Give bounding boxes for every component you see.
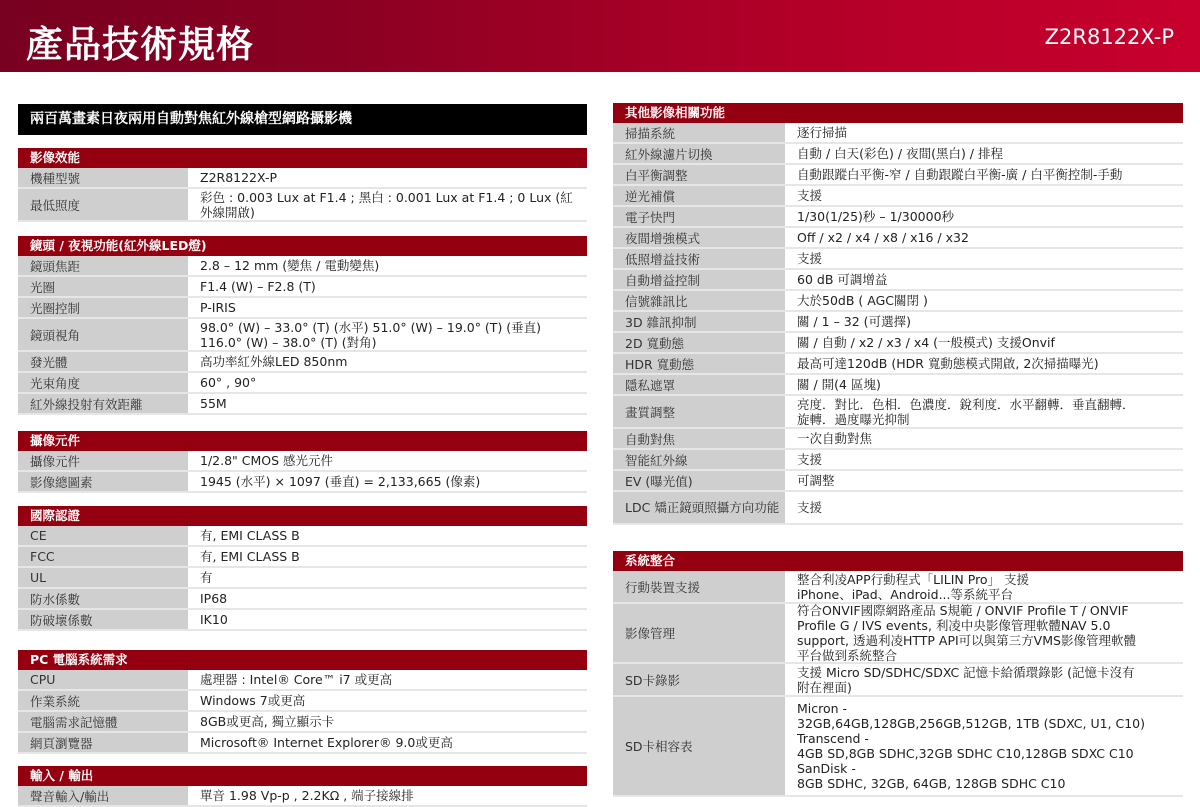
spec-value: 逐行掃描: [787, 123, 1183, 142]
spec-label: UL: [18, 568, 190, 587]
spec-value: 最高可達120dB (HDR 寬動態模式開啟, 2次掃描曝光): [787, 354, 1183, 373]
spec-label: 自動增益控制: [613, 270, 787, 289]
spec-value: 支援 Micro SD/SDHC/SDXC 記憶卡給循環錄影 (記憶卡沒有 附在…: [787, 664, 1183, 695]
spec-value: 大於50dB ( AGC關閉 ): [787, 291, 1183, 310]
spec-row: 信號雜訊比大於50dB ( AGC關閉 ): [613, 291, 1183, 312]
spec-value: 支援: [787, 249, 1183, 268]
spec-label: 影像總圖素: [18, 472, 190, 491]
spec-row: SD卡錄影支援 Micro SD/SDHC/SDXC 記憶卡給循環錄影 (記憶卡…: [613, 664, 1183, 697]
spec-label: SD卡相容表: [613, 697, 787, 795]
spec-label: 紅外線投射有效距離: [18, 394, 190, 413]
spec-row: 光圈控制P-IRIS: [18, 298, 587, 319]
spec-label: 信號雜訊比: [613, 291, 787, 310]
spec-row: 逆光補償支援: [613, 186, 1183, 207]
spec-label: 防水係數: [18, 589, 190, 608]
section-pc-requirements: PC 電腦系統需求 CPU處理器 : Intel® Core™ i7 或更高 作…: [18, 650, 587, 754]
spec-label: 3D 雜訊抑制: [613, 312, 787, 331]
product-title: 兩百萬畫素日夜兩用自動對焦紅外線槍型網路攝影機: [18, 104, 587, 135]
section-certifications: 國際認證 CE有, EMI CLASS B FCC有, EMI CLASS B …: [18, 506, 587, 631]
spec-label: 白平衡調整: [613, 165, 787, 184]
spec-row: 鏡頭焦距2.8 – 12 mm (變焦 / 電動變焦): [18, 256, 587, 277]
spec-row: 網頁瀏覽器Microsoft® Internet Explorer® 9.0或更…: [18, 733, 587, 754]
spec-row: 夜間增強模式Off / x2 / x4 / x8 / x16 / x32: [613, 228, 1183, 249]
section-system-integration: 系統整合 行動裝置支援整合利凌APP行動程式「LILIN Pro」 支援 iPh…: [613, 551, 1183, 797]
spec-label: 電子快門: [613, 207, 787, 226]
section-header: 其他影像相關功能: [613, 103, 1183, 123]
spec-row: 鏡頭視角98.0° (W) – 33.0° (T) (水平) 51.0° (W)…: [18, 319, 587, 352]
spec-row: FCC有, EMI CLASS B: [18, 547, 587, 568]
spec-value: F1.4 (W) – F2.8 (T): [190, 277, 587, 296]
spec-row: 紅外線投射有效距離55M: [18, 394, 587, 415]
spec-row: EV (曝光值)可調整: [613, 471, 1183, 492]
spec-label: 防破壞係數: [18, 610, 190, 629]
spec-value: 8GB或更高, 獨立顯示卡: [190, 712, 587, 731]
spec-value: 自動 / 白天(彩色) / 夜間(黑白) / 排程: [787, 144, 1183, 163]
spec-value: Windows 7或更高: [190, 691, 587, 710]
spec-value: 高功率紅外線LED 850nm: [190, 352, 587, 371]
spec-value: 有, EMI CLASS B: [190, 526, 587, 545]
section-header: 國際認證: [18, 506, 587, 526]
spec-row: 聲音輸入/輸出單音 1.98 Vp-p , 2.2KΩ , 端子接線排: [18, 786, 587, 807]
spec-label: FCC: [18, 547, 190, 566]
spec-row: 掃描系統逐行掃描: [613, 123, 1183, 144]
spec-value: 亮度．對比．色相．色濃度．銳利度．水平翻轉．垂直翻轉． 旋轉．過度曝光抑制: [787, 396, 1183, 427]
spec-label: SD卡錄影: [613, 664, 787, 695]
spec-row: 智能紅外線支援: [613, 450, 1183, 471]
spec-value: Z2R8122X-P: [190, 168, 587, 187]
spec-row: 影像管理符合ONVIF國際網路產品 S規範 / ONVIF Profile T …: [613, 604, 1183, 664]
spec-row: 發光體高功率紅外線LED 850nm: [18, 352, 587, 373]
spec-label: 2D 寬動態: [613, 333, 787, 352]
spec-label: 攝像元件: [18, 451, 190, 470]
section-header: PC 電腦系統需求: [18, 650, 587, 670]
spec-row: 電子快門1/30(1/25)秒 – 1/30000秒: [613, 207, 1183, 228]
spec-value: 彩色 : 0.003 Lux at F1.4 ; 黑白 : 0.001 Lux …: [190, 189, 587, 220]
spec-row: LDC 矯正鏡頭照攝方向功能支援: [613, 492, 1183, 525]
spec-row: 自動對焦一次自動對焦: [613, 429, 1183, 450]
spec-value: 支援: [787, 450, 1183, 469]
spec-row: 隱私遮罩關 / 開(4 區塊): [613, 375, 1183, 396]
spec-row: HDR 寬動態最高可達120dB (HDR 寬動態模式開啟, 2次掃描曝光): [613, 354, 1183, 375]
spec-label: 逆光補償: [613, 186, 787, 205]
spec-label: 夜間增強模式: [613, 228, 787, 247]
spec-row: 自動增益控制60 dB 可調增益: [613, 270, 1183, 291]
spec-value: 可調整: [787, 471, 1183, 490]
header-banner: 產品技術規格 Z2R8122X-P: [0, 0, 1200, 72]
section-header: 影像效能: [18, 148, 587, 168]
spec-value: 單音 1.98 Vp-p , 2.2KΩ , 端子接線排: [190, 786, 587, 805]
spec-label: 聲音輸入/輸出: [18, 786, 190, 805]
spec-label: 紅外線濾片切換: [613, 144, 787, 163]
spec-label: 影像管理: [613, 604, 787, 662]
spec-row: 作業系統Windows 7或更高: [18, 691, 587, 712]
spec-value: 支援: [787, 186, 1183, 205]
spec-label: 鏡頭焦距: [18, 256, 190, 275]
section-header: 攝像元件: [18, 431, 587, 451]
spec-label: 隱私遮罩: [613, 375, 787, 394]
spec-label: 行動裝置支援: [613, 571, 787, 602]
spec-label: EV (曝光值): [613, 471, 787, 490]
section-image-performance: 影像效能 機種型號Z2R8122X-P 最低照度彩色 : 0.003 Lux a…: [18, 148, 587, 222]
spec-value: 自動跟蹤白平衡-窄 / 自動跟蹤白平衡-廣 / 白平衡控制-手動: [787, 165, 1183, 184]
spec-value: 55M: [190, 394, 587, 413]
section-lens-night-vision: 鏡頭 / 夜視功能(紅外線LED燈) 鏡頭焦距2.8 – 12 mm (變焦 /…: [18, 236, 587, 415]
spec-label: CPU: [18, 670, 190, 689]
spec-row: 影像總圖素1945 (水平) × 1097 (垂直) = 2,133,665 (…: [18, 472, 587, 493]
spec-value: 1/30(1/25)秒 – 1/30000秒: [787, 207, 1183, 226]
spec-value: 關 / 開(4 區塊): [787, 375, 1183, 394]
spec-value: 符合ONVIF國際網路產品 S規範 / ONVIF Profile T / ON…: [787, 604, 1183, 662]
spec-label: 光圈控制: [18, 298, 190, 317]
spec-value: 關 / 自動 / x2 / x3 / x4 (一般模式) 支援Onvif: [787, 333, 1183, 352]
spec-label: 作業系統: [18, 691, 190, 710]
spec-row: SD卡相容表Micron - 32GB,64GB,128GB,256GB,512…: [613, 697, 1183, 797]
spec-value: P-IRIS: [190, 298, 587, 317]
spec-row: UL有: [18, 568, 587, 589]
spec-label: 鏡頭視角: [18, 319, 190, 350]
spec-row: 光圈F1.4 (W) – F2.8 (T): [18, 277, 587, 298]
spec-row: 行動裝置支援整合利凌APP行動程式「LILIN Pro」 支援 iPhone、i…: [613, 571, 1183, 604]
spec-row: CE有, EMI CLASS B: [18, 526, 587, 547]
spec-value: 1945 (水平) × 1097 (垂直) = 2,133,665 (像素): [190, 472, 587, 491]
spec-label: 掃描系統: [613, 123, 787, 142]
spec-value: 98.0° (W) – 33.0° (T) (水平) 51.0° (W) – 1…: [190, 319, 587, 350]
spec-value: Off / x2 / x4 / x8 / x16 / x32: [787, 228, 1183, 247]
spec-label: CE: [18, 526, 190, 545]
spec-label: 最低照度: [18, 189, 190, 220]
spec-value: 60 dB 可調增益: [787, 270, 1183, 289]
spec-value: 有, EMI CLASS B: [190, 547, 587, 566]
spec-row: CPU處理器 : Intel® Core™ i7 或更高: [18, 670, 587, 691]
spec-row: 低照增益技術支援: [613, 249, 1183, 270]
spec-row: 畫質調整亮度．對比．色相．色濃度．銳利度．水平翻轉．垂直翻轉． 旋轉．過度曝光抑…: [613, 396, 1183, 429]
section-header: 輸入 / 輸出: [18, 766, 587, 786]
spec-row: 電腦需求記憶體8GB或更高, 獨立顯示卡: [18, 712, 587, 733]
spec-label: 自動對焦: [613, 429, 787, 448]
spec-value: 處理器 : Intel® Core™ i7 或更高: [190, 670, 587, 689]
spec-label: 畫質調整: [613, 396, 787, 427]
spec-label: 電腦需求記憶體: [18, 712, 190, 731]
spec-row: 機種型號Z2R8122X-P: [18, 168, 587, 189]
spec-value: 2.8 – 12 mm (變焦 / 電動變焦): [190, 256, 587, 275]
spec-value: 一次自動對焦: [787, 429, 1183, 448]
spec-label: 低照增益技術: [613, 249, 787, 268]
spec-label: 發光體: [18, 352, 190, 371]
spec-label: 光束角度: [18, 373, 190, 392]
spec-label: 網頁瀏覽器: [18, 733, 190, 752]
spec-row: 光束角度60° , 90°: [18, 373, 587, 394]
spec-value: 1/2.8" CMOS 感光元件: [190, 451, 587, 470]
spec-value: 有: [190, 568, 587, 587]
spec-row: 3D 雜訊抑制關 / 1 – 32 (可選擇): [613, 312, 1183, 333]
spec-row: 白平衡調整自動跟蹤白平衡-窄 / 自動跟蹤白平衡-廣 / 白平衡控制-手動: [613, 165, 1183, 186]
page-title: 產品技術規格: [26, 14, 254, 68]
spec-row: 攝像元件1/2.8" CMOS 感光元件: [18, 451, 587, 472]
spec-label: 光圈: [18, 277, 190, 296]
spec-label: 機種型號: [18, 168, 190, 187]
spec-value: Microsoft® Internet Explorer® 9.0或更高: [190, 733, 587, 752]
section-image-sensor: 攝像元件 攝像元件1/2.8" CMOS 感光元件 影像總圖素1945 (水平)…: [18, 431, 587, 493]
section-header: 系統整合: [613, 551, 1183, 571]
spec-value: IP68: [190, 589, 587, 608]
section-input-output: 輸入 / 輸出 聲音輸入/輸出單音 1.98 Vp-p , 2.2KΩ , 端子…: [18, 766, 587, 807]
spec-row: 紅外線濾片切換自動 / 白天(彩色) / 夜間(黑白) / 排程: [613, 144, 1183, 165]
spec-row: 最低照度彩色 : 0.003 Lux at F1.4 ; 黑白 : 0.001 …: [18, 189, 587, 222]
section-header: 鏡頭 / 夜視功能(紅外線LED燈): [18, 236, 587, 256]
spec-value: 60° , 90°: [190, 373, 587, 392]
section-other-image-functions: 其他影像相關功能 掃描系統逐行掃描 紅外線濾片切換自動 / 白天(彩色) / 夜…: [613, 103, 1183, 525]
spec-row: 防破壞係數IK10: [18, 610, 587, 631]
model-number: Z2R8122X-P: [1045, 25, 1174, 49]
spec-value: Micron - 32GB,64GB,128GB,256GB,512GB, 1T…: [787, 697, 1183, 795]
spec-label: 智能紅外線: [613, 450, 787, 469]
spec-value: 整合利凌APP行動程式「LILIN Pro」 支援 iPhone、iPad、An…: [787, 571, 1183, 602]
spec-value: IK10: [190, 610, 587, 629]
spec-row: 防水係數IP68: [18, 589, 587, 610]
spec-value: 支援: [787, 492, 1183, 523]
spec-row: 2D 寬動態關 / 自動 / x2 / x3 / x4 (一般模式) 支援Onv…: [613, 333, 1183, 354]
spec-value: 關 / 1 – 32 (可選擇): [787, 312, 1183, 331]
spec-label: LDC 矯正鏡頭照攝方向功能: [613, 492, 787, 523]
spec-label: HDR 寬動態: [613, 354, 787, 373]
